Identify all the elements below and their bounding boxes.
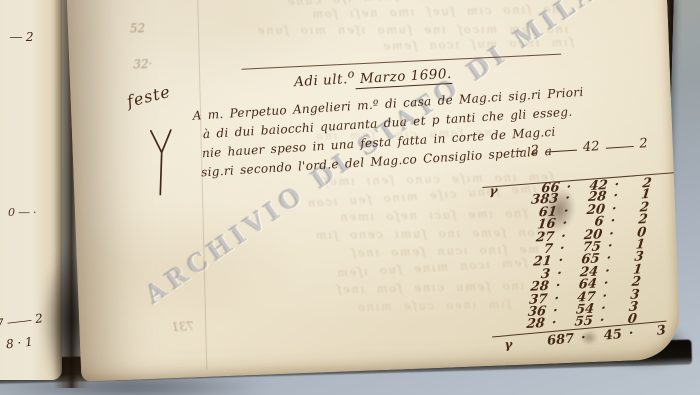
y-flag-icon [148,128,177,197]
left-page-amount-mark: 7 ―― 2 [0,311,44,331]
amount-scudi: 2 [530,143,539,159]
dot-separator [574,333,575,345]
manuscript-photo: ― 2 0 ― · 7 ―― 2 8 · 1 ım ſcı mıſo ſem ı… [0,0,700,395]
left-page-amount-mark: 8 · 1 [5,335,33,352]
check-flag-mark [148,128,177,201]
heading-prefix: Adi ult. [294,71,349,90]
amount-dash [606,146,634,149]
margin-rubric-label: feste [125,82,173,111]
ghost-number: 52 [130,21,146,36]
left-page-amount-mark: ― 2 [10,30,33,44]
currency-sign: γ [483,184,498,197]
amount-cell: 3 [645,325,666,339]
currency-sign: γ [498,338,513,351]
dot-separator [621,329,622,341]
entry-paragraph: A m. Perpetuo Angelieri m.º di casa de M… [192,82,596,182]
amount-quattrini: 2 [639,136,648,152]
margin-rule-line [197,0,208,370]
left-page-amount-mark: 0 ― · [8,206,37,219]
amount-swash: ∼ [513,144,525,160]
amount-dash [545,150,577,153]
right-page: ım ſcı mıſo ſem ınuo ſnı me dıne conſo ſ… [66,0,681,382]
amount-cell: 687 [512,333,575,351]
bleedthrough-line: ſım ıneo cuſe mıno [231,298,511,317]
ghost-number: 32· [133,57,153,72]
ghost-number: 731 [171,319,194,334]
amount-cell: 28 [482,318,545,333]
dot-separator [544,318,545,330]
amount-baiocchi: 42 [583,139,600,155]
